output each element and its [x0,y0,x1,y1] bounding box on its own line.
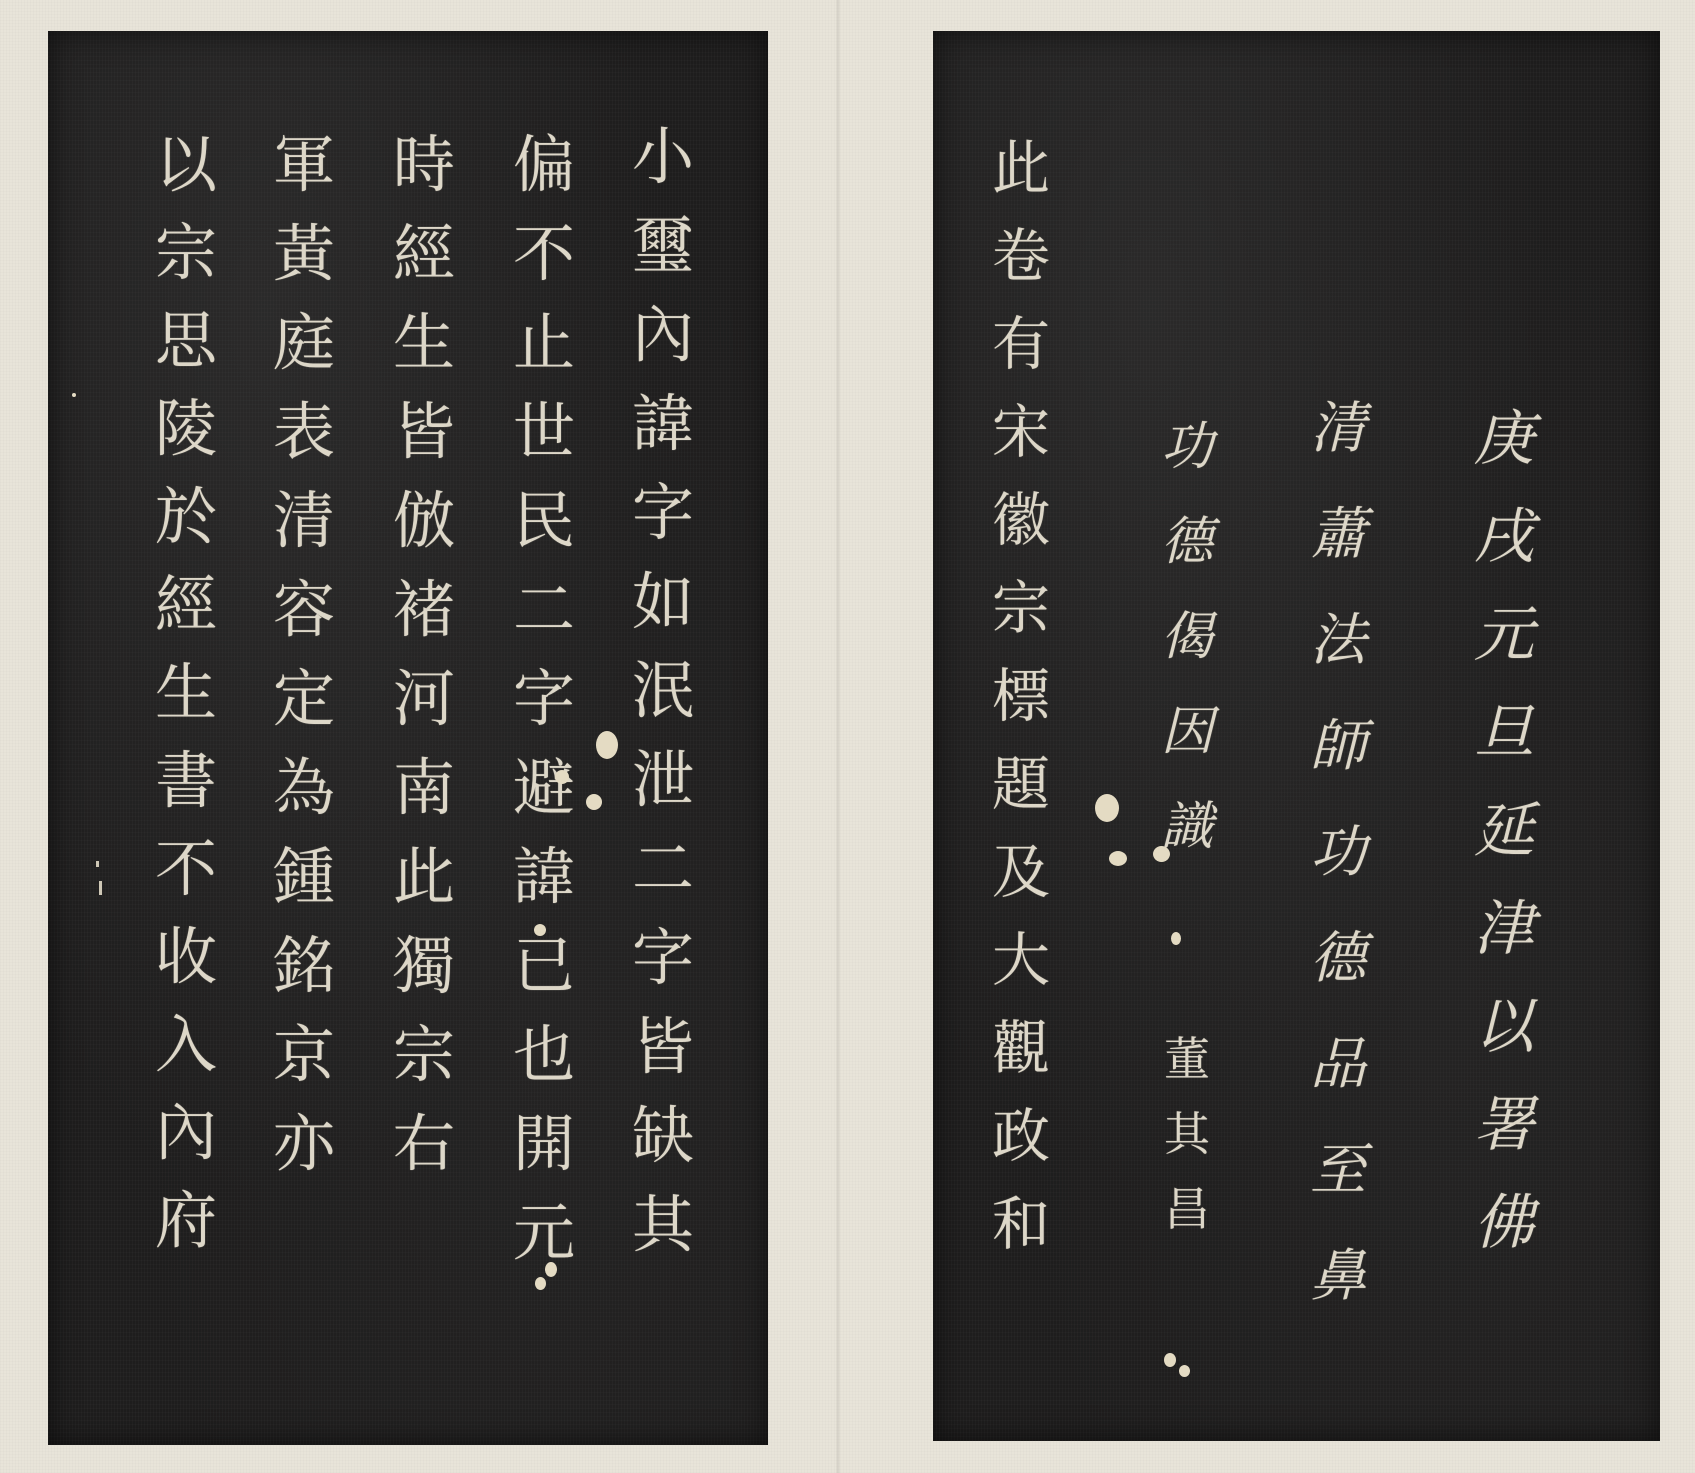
character: 璽 [632,215,694,304]
character: 於 [155,486,217,574]
signature-character: 昌 [1164,1186,1210,1261]
character: 元 [1474,605,1534,703]
character: 清 [273,490,335,579]
character: 民 [513,490,575,579]
character: 陵 [155,398,217,486]
character: 題 [992,755,1050,843]
character: 因 [1161,706,1213,801]
character: 二 [632,838,694,927]
character: 缺 [632,1105,694,1194]
signature-character: 其 [1164,1111,1210,1186]
character: 諱 [513,846,575,935]
character: 品 [1310,1037,1366,1143]
signature-character: 董 [1164,1036,1210,1111]
character: 為 [273,757,335,846]
character: 止 [513,312,575,401]
character: 宗 [155,222,217,310]
character: 二 [513,579,575,668]
character: 定 [273,668,335,757]
character: 以 [155,134,217,222]
left-rubbing-page: 小 璽 內 諱 字 如 泯 泄 二 字 皆 缺 其 偏 不 止 世 民 二 字 … [48,31,768,1445]
margin-tick-mark [96,861,99,867]
character: 宋 [992,403,1050,491]
character: 表 [273,401,335,490]
margin-tick-mark [99,881,102,895]
character: 銘 [273,935,335,1024]
character: 以 [1474,997,1534,1095]
character: 觀 [992,1019,1050,1107]
character: 清 [1310,401,1366,507]
character: 字 [632,927,694,1016]
character: 諱 [632,393,694,482]
character: 鼻 [1310,1249,1366,1355]
character: 府 [155,1190,217,1278]
character: 亦 [273,1113,335,1202]
character: 大 [992,931,1050,1019]
character: 政 [992,1107,1050,1195]
character: 黃 [273,223,335,312]
left-column-5: 以 宗 思 陵 於 經 生 書 不 收 入 內 府 [141,134,231,1278]
punctuation-dot [1171,932,1181,945]
character: 不 [155,838,217,926]
character: 倣 [393,490,455,579]
character: 和 [992,1195,1050,1283]
punctuation-dot [535,1277,546,1290]
punctuation-dot [596,731,618,759]
left-column-4: 軍 黃 庭 表 清 容 定 為 鍾 銘 京 亦 [259,134,349,1202]
character: 內 [155,1102,217,1190]
left-column-2: 偏 不 止 世 民 二 字 避 諱 已 也 開 元 [499,134,589,1291]
character: 如 [632,571,694,660]
right-column-3: 功 德 偈 因 識 董 其 昌 [1139,421,1235,1261]
character: 徽 [992,491,1050,579]
left-column-3: 時 經 生 皆 倣 褚 河 南 此 獨 宗 右 [379,134,469,1202]
punctuation-dot [72,393,76,397]
character: 庚 [1474,409,1534,507]
character: 書 [155,750,217,838]
character: 德 [1310,931,1366,1037]
character: 偏 [513,134,575,223]
right-column-1: 庚 戌 元 旦 延 津 以 署 佛 [1456,409,1552,1291]
character: 經 [393,223,455,312]
character: 經 [155,574,217,662]
character: 河 [393,668,455,757]
character: 收 [155,926,217,1014]
character: 偈 [1161,611,1213,706]
character: 津 [1474,899,1534,997]
character: 佛 [1474,1193,1534,1291]
right-column-2: 清 蕭 法 師 功 德 品 至 鼻 [1290,401,1386,1355]
character: 字 [632,482,694,571]
character: 庭 [273,312,335,401]
character: 皆 [632,1016,694,1105]
character: 容 [273,579,335,668]
character: 鍾 [273,846,335,935]
character: 延 [1474,801,1534,899]
character: 內 [632,304,694,393]
character: 軍 [273,134,335,223]
character: 褚 [393,579,455,668]
character: 師 [1310,719,1366,825]
character: 識 [1161,801,1213,896]
punctuation-dot [1153,846,1170,862]
character: 法 [1310,613,1366,719]
character: 有 [992,315,1050,403]
character: 至 [1310,1143,1366,1249]
character: 南 [393,757,455,846]
character: 右 [393,1113,455,1202]
character: 蕭 [1310,507,1366,613]
character: 功 [1161,421,1213,516]
character: 宗 [393,1024,455,1113]
character: 宗 [992,579,1050,667]
character: 此 [992,139,1050,227]
left-column-1: 小 璽 內 諱 字 如 泯 泄 二 字 皆 缺 其 [618,126,708,1283]
character: 小 [632,126,694,215]
character: 署 [1474,1095,1534,1193]
character: 也 [513,1024,575,1113]
character: 生 [155,662,217,750]
character: 時 [393,134,455,223]
character: 德 [1161,516,1213,611]
character: 及 [992,843,1050,931]
punctuation-dot [545,1262,557,1277]
punctuation-dot [1109,851,1127,866]
character: 字 [513,668,575,757]
character: 京 [273,1024,335,1113]
character: 開 [513,1113,575,1202]
character: 泯 [632,660,694,749]
punctuation-dot [1095,794,1119,822]
character: 獨 [393,935,455,1024]
punctuation-dot [1164,1353,1176,1367]
character: 思 [155,310,217,398]
character: 已 [513,935,575,1024]
character: 皆 [393,401,455,490]
punctuation-dot [534,924,546,936]
character: 旦 [1474,703,1534,801]
character: 生 [393,312,455,401]
character: 其 [632,1194,694,1283]
punctuation-dot [555,770,569,784]
character: 世 [513,401,575,490]
punctuation-dot [1179,1365,1190,1377]
character: 泄 [632,749,694,838]
punctuation-dot [586,794,602,810]
right-rubbing-page: 庚 戌 元 旦 延 津 以 署 佛 清 蕭 法 師 功 德 品 至 鼻 功 德 … [933,31,1660,1441]
character: 卷 [992,227,1050,315]
character: 不 [513,223,575,312]
character: 此 [393,846,455,935]
album-fold [836,0,840,1473]
character: 入 [155,1014,217,1102]
character: 功 [1310,825,1366,931]
character: 戌 [1474,507,1534,605]
character: 標 [992,667,1050,755]
right-column-4: 此 卷 有 宋 徽 宗 標 題 及 大 觀 政 和 [973,139,1069,1283]
signature-dong-qichang: 董 其 昌 [1164,1036,1210,1261]
